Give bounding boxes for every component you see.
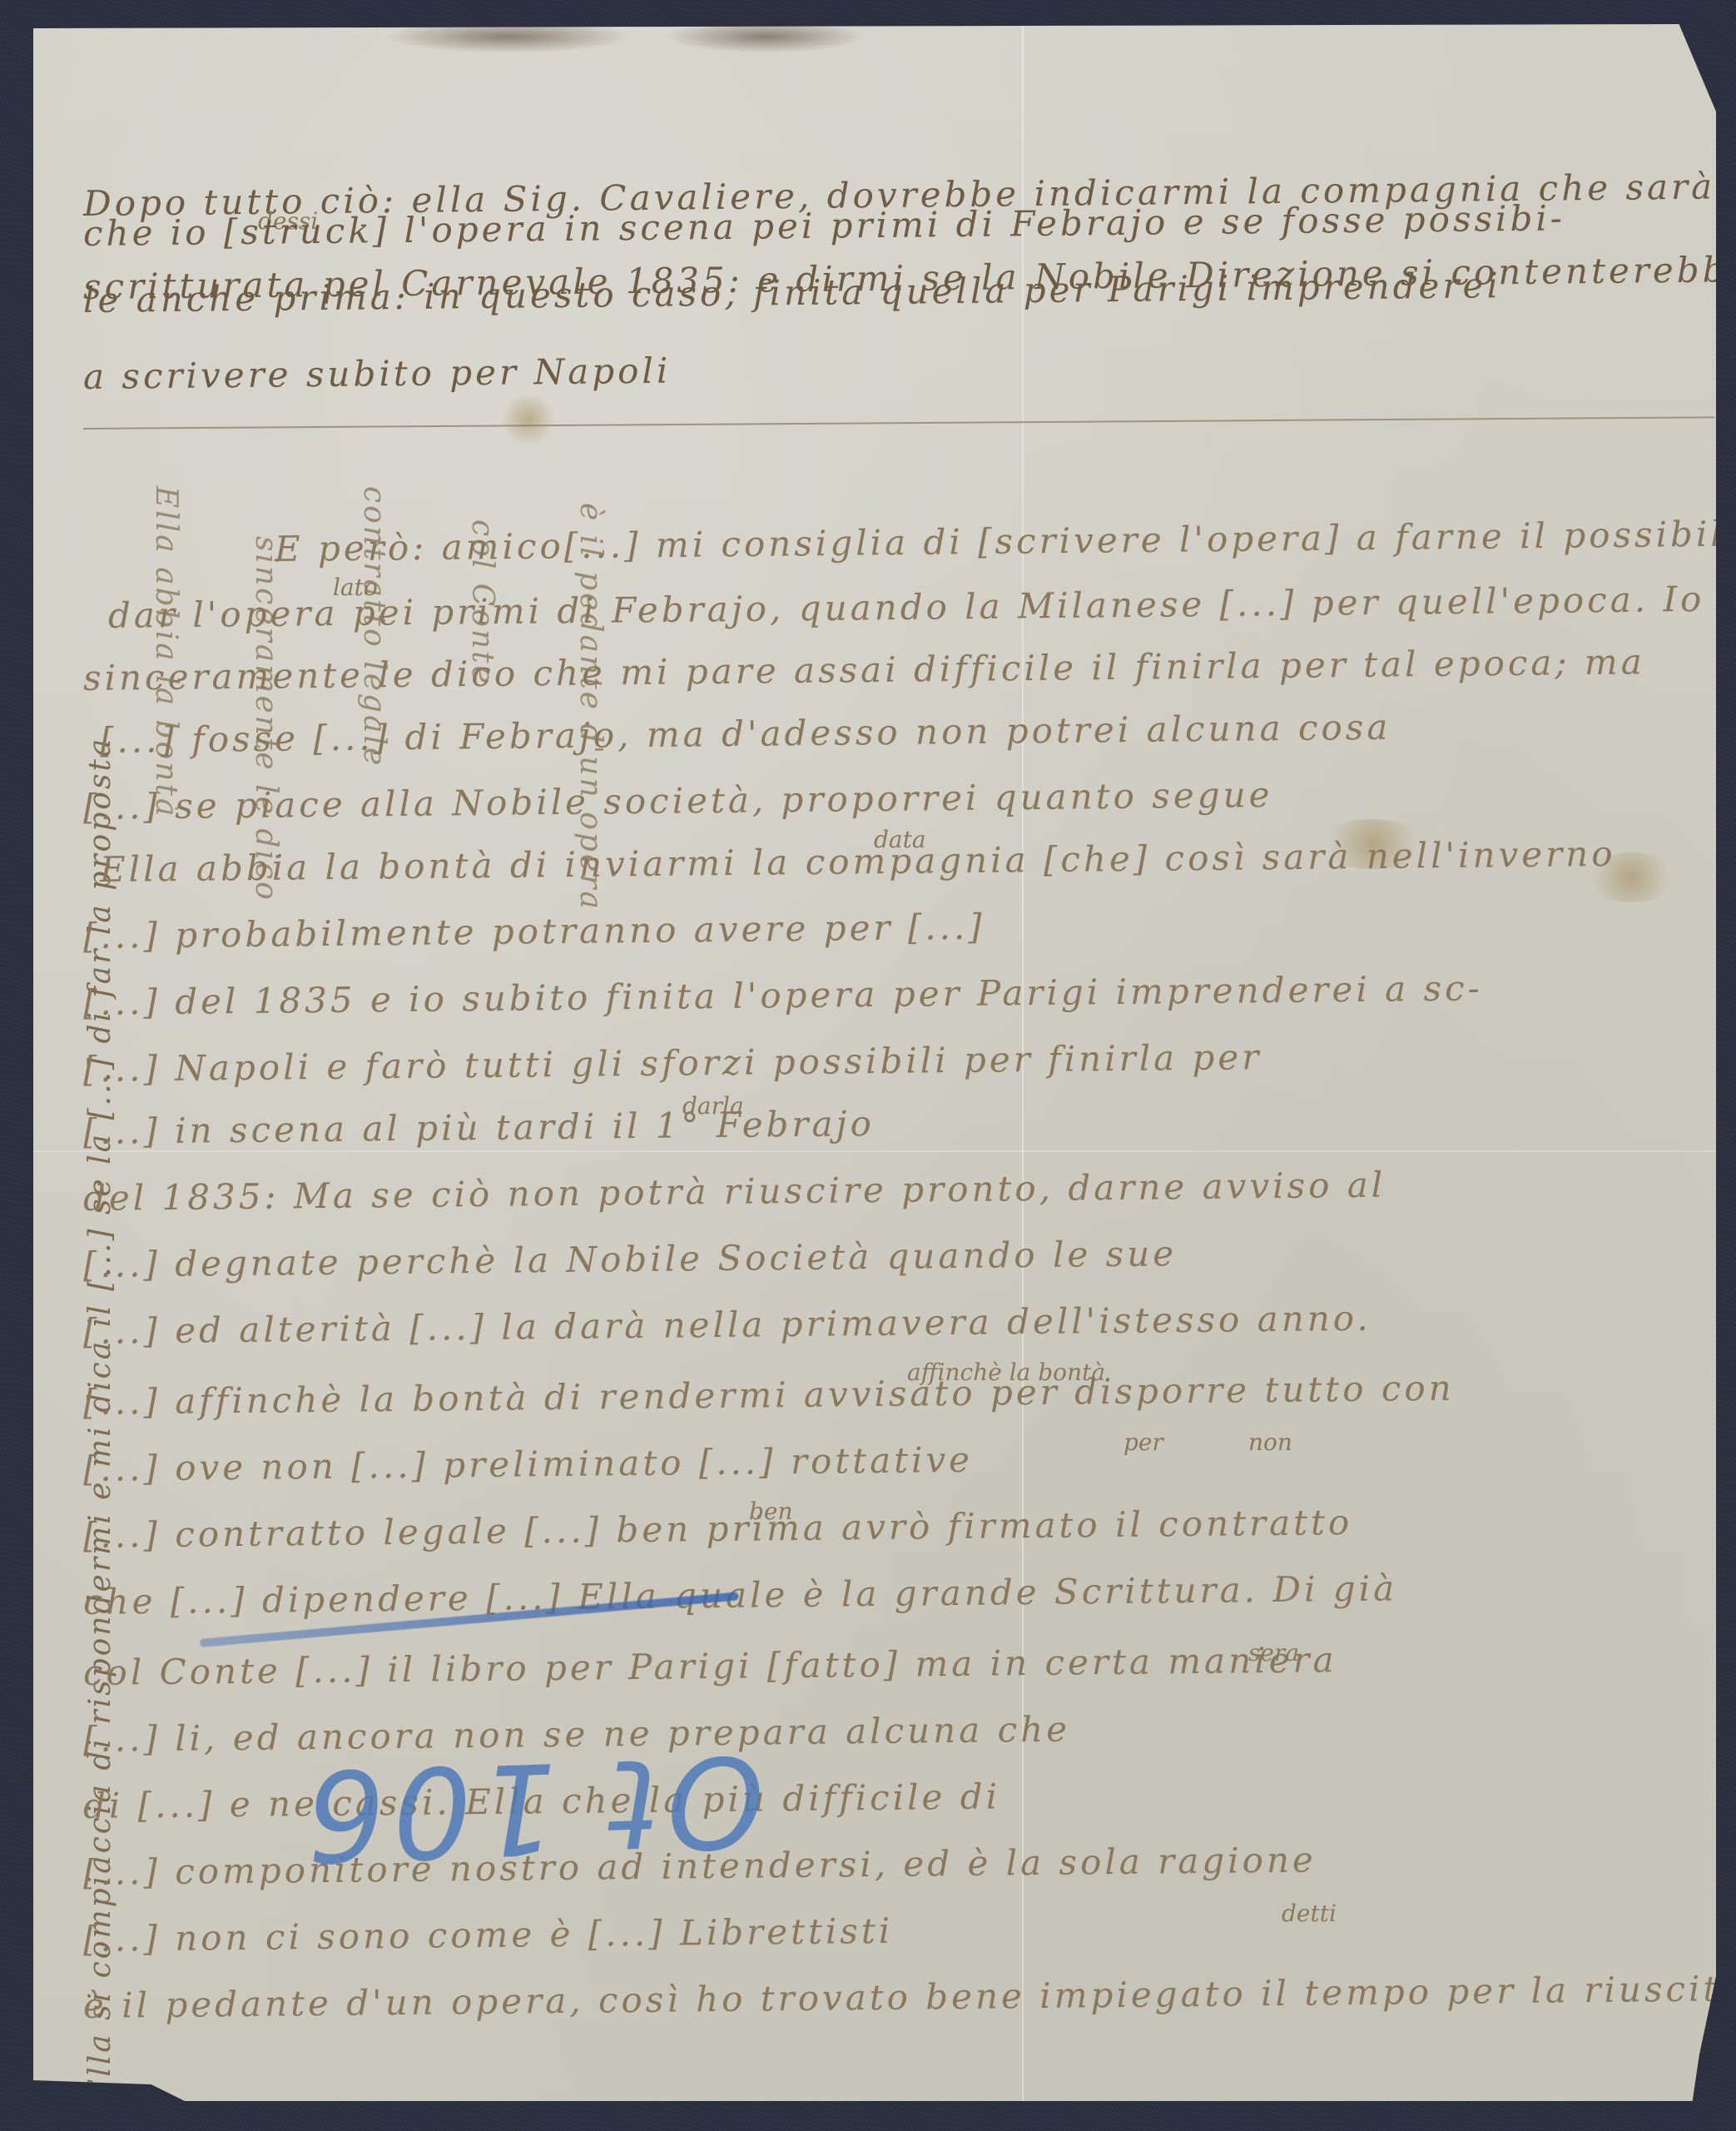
interlinear-insert: data	[874, 826, 926, 853]
archival-shelfmark: Ot 106	[297, 1726, 767, 1887]
letter-line: [...] non ci sono come è [...] Librettis…	[83, 1914, 894, 1957]
letter-line: [...] in scena al più tardi il 1° Febraj…	[83, 1106, 875, 1150]
interlinear-insert: per	[1123, 1428, 1163, 1456]
water-stain	[499, 395, 558, 445]
letter-line: [...] se piace alla Nobile società, prop…	[83, 777, 1273, 825]
letter-line: Ella abbia la bontà di inviarmi la compa…	[100, 837, 1616, 887]
letter-line: [...] affinchè la bontà di rendermi avvi…	[83, 1371, 1455, 1420]
letter-line: è il pedante d'un opera, così ho trovato…	[83, 1971, 1736, 2024]
interlinear-insert: non	[1248, 1428, 1292, 1456]
interlinear-insert: detti	[1282, 1900, 1337, 1927]
letter-line: col Conte [...] il libro per Parigi [fat…	[83, 1642, 1337, 1691]
interlinear-insert: lato	[333, 574, 378, 601]
letter-line: che [...] dipendere [...] Ella quale è l…	[83, 1571, 1398, 1620]
letter-line: sinceramente le dico che mi pare assai d…	[83, 644, 1645, 696]
letter-line: [...] fosse [...] di Febrajo, ma d'adess…	[100, 710, 1391, 758]
letter-line: [...] Napoli e farò tutti gli sforzi pos…	[83, 1040, 1262, 1087]
letter-line: a scrivere subito per Napoli	[83, 354, 672, 395]
interlinear-insert: sera	[1248, 1639, 1299, 1667]
cross-written-text: Ella abbia la bontà	[149, 486, 183, 818]
letter-line: [...] ed alterità [...] la darà nella pr…	[83, 1301, 1371, 1349]
letter-line: [...] degnate perchè la Nobile Società q…	[83, 1236, 1178, 1283]
letter-line: del 1835: Ma se ciò non potrà riuscire p…	[83, 1168, 1386, 1216]
section-divider-line	[83, 416, 1714, 430]
letter-line: [...] contratto legale [...] ben prima a…	[83, 1505, 1353, 1553]
interlinear-insert: darla	[682, 1092, 744, 1120]
interlinear-insert: ben	[749, 1498, 793, 1525]
letter-line: [...] ove non [...] preliminato [...] ro…	[83, 1443, 973, 1487]
interlinear-insert: affinchè la bontà	[907, 1359, 1105, 1386]
horizontal-fold-crease	[33, 1150, 1716, 1152]
letter-line: [...] probabilmente potranno avere per […	[83, 910, 985, 954]
letter-sheet: Ella abbia la bontà sinceramente le dico…	[33, 20, 1716, 2101]
letter-line: [...] del 1835 e io subito finita l'oper…	[83, 971, 1483, 1021]
